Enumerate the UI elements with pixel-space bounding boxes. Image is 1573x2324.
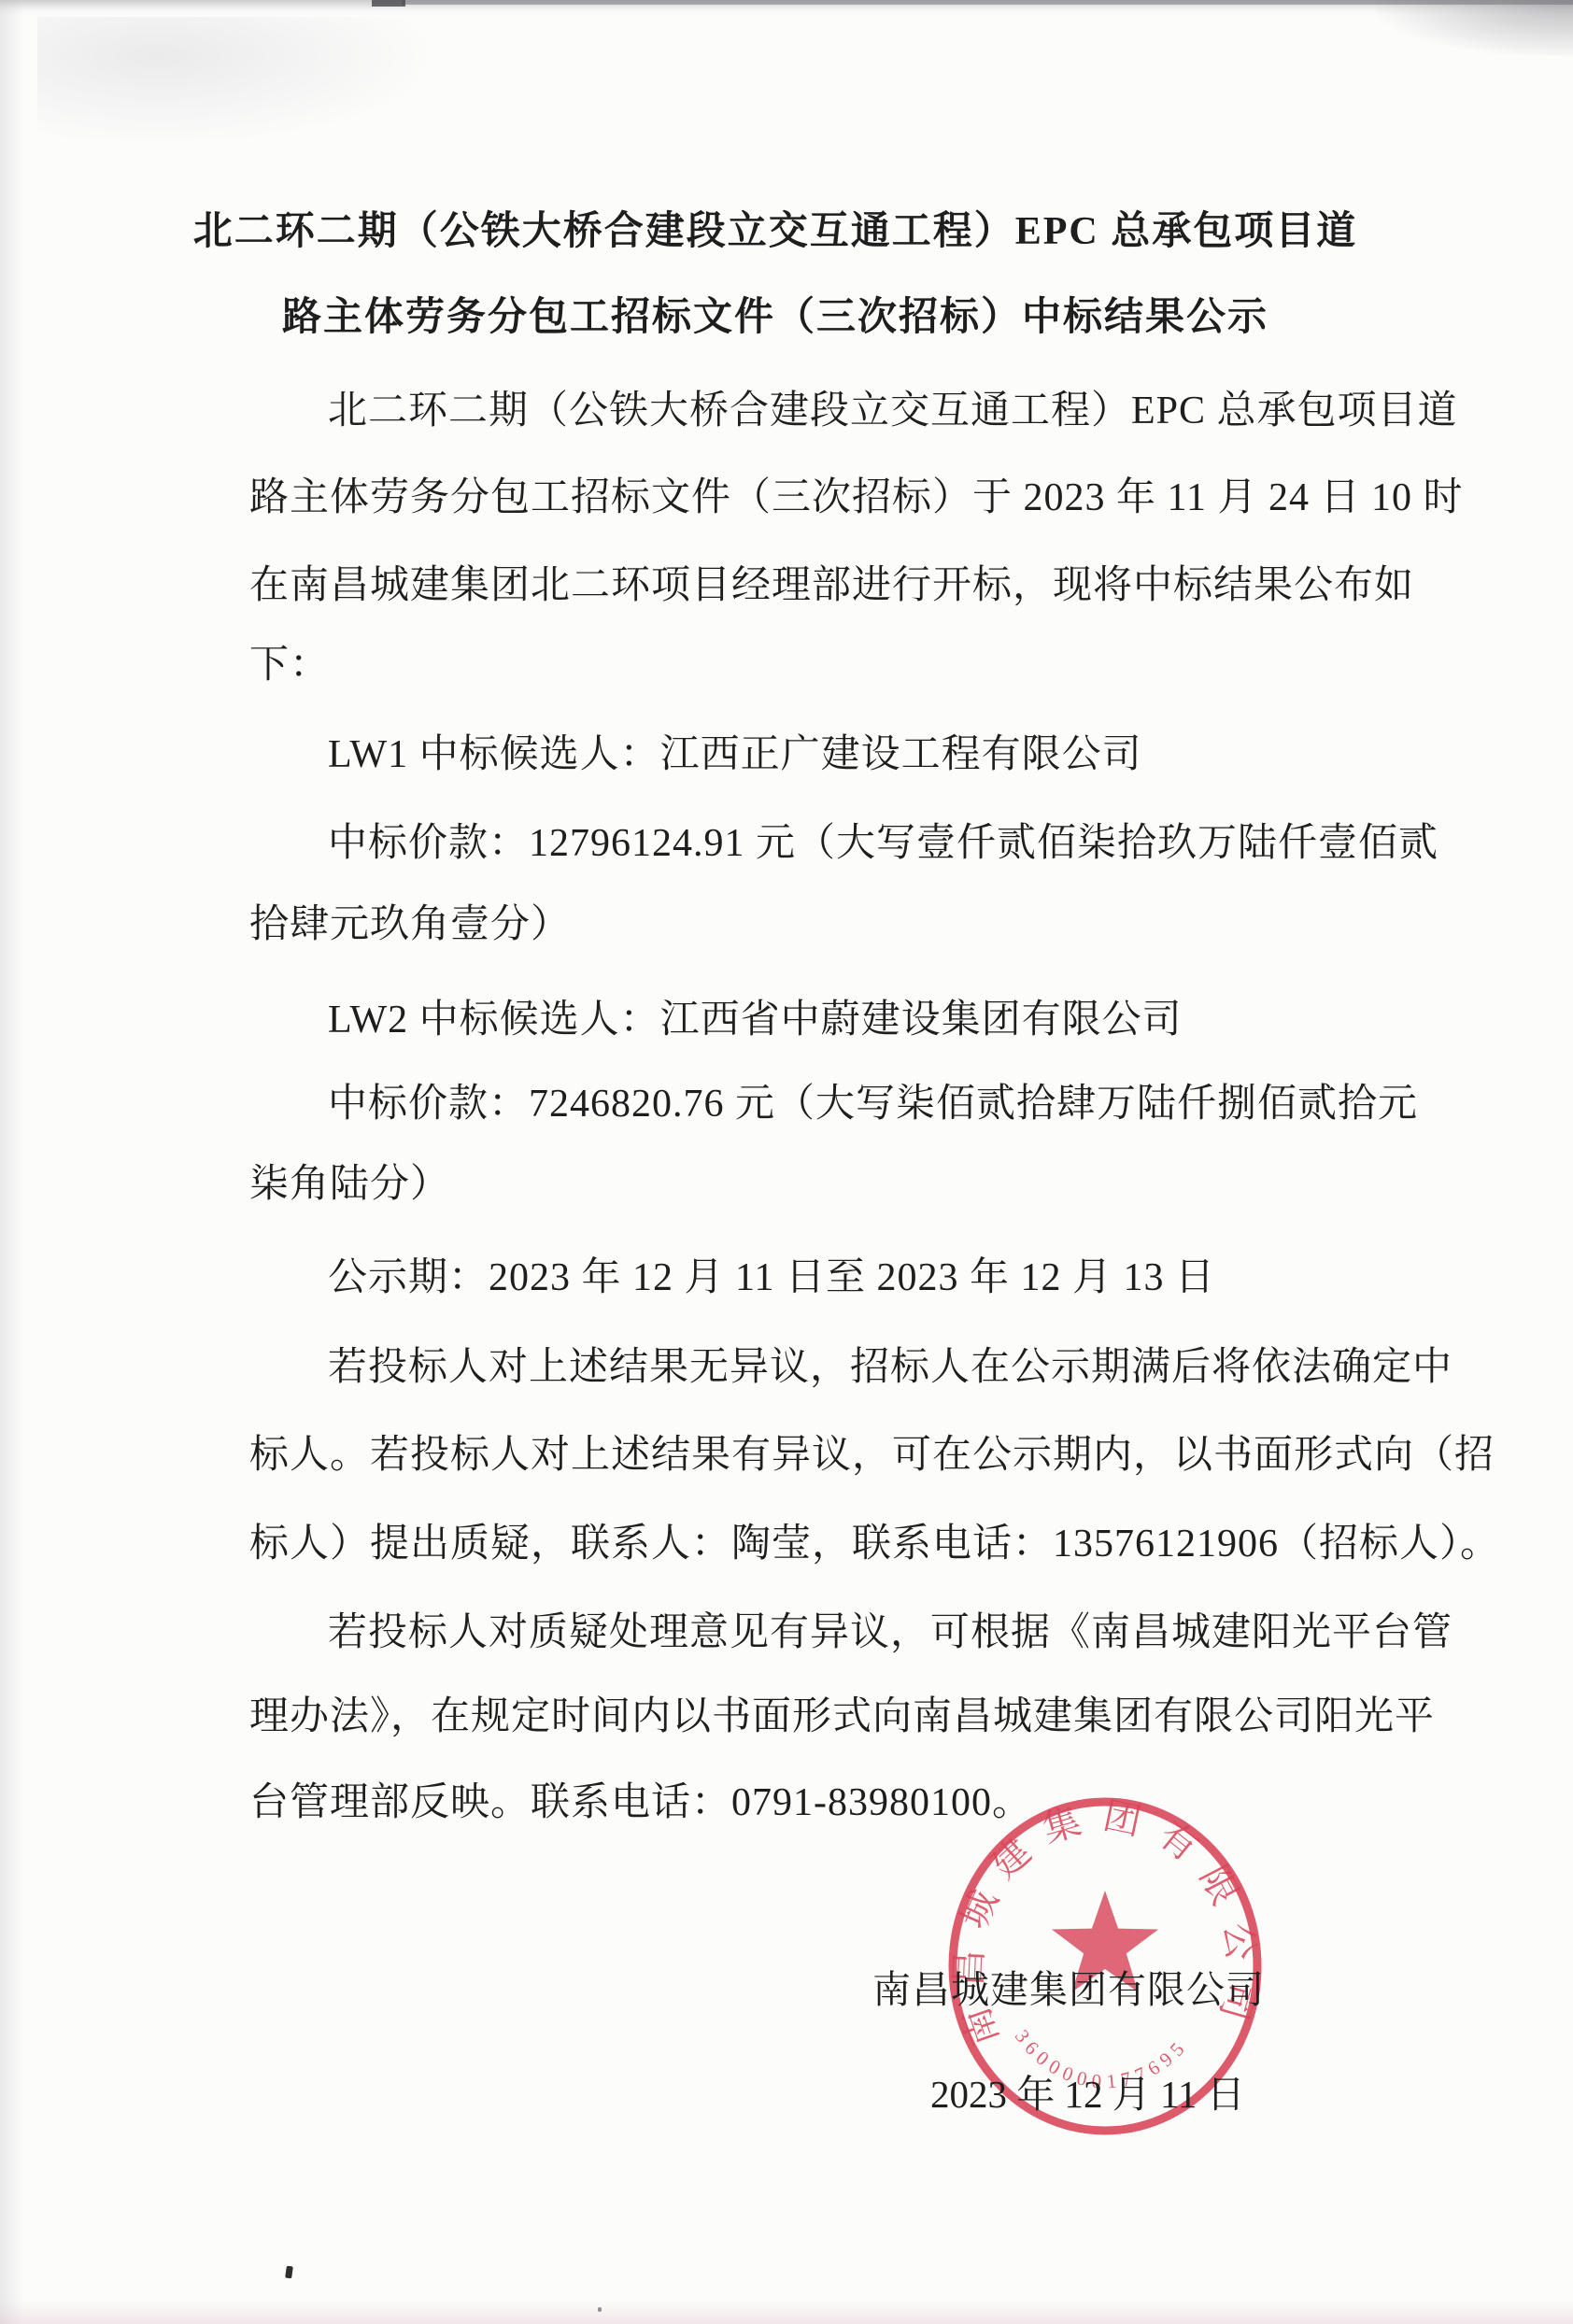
body-line: 理办法》，在规定时间内以书面形式向南昌城建集团有限公司阳光平 — [249, 1690, 1426, 1744]
document-page: 北二环二期（公铁大桥合建段立交互通工程）EPC 总承包项目道 路主体劳务分包工招… — [0, 0, 1573, 2324]
body-line: 拾肆元玖角壹分） — [249, 898, 1426, 952]
body-line-contact: 标人）提出质疑，联系人：陶莹，联系电话：13576121906（招标人）。 — [249, 1517, 1426, 1571]
scan-smudge — [37, 17, 439, 148]
signature-company: 南昌城建集团有限公司 — [872, 1963, 1265, 2016]
body-line-lw2-price: 中标价款：7246820.76 元（大写柒佰贰拾肆万陆仟捌佰贰拾元 — [249, 1077, 1505, 1131]
scan-artifact-sliver — [372, 0, 405, 7]
body-line: 下： — [249, 638, 1426, 692]
body-line-lw1-price: 中标价款：12796124.91 元（大写壹仟贰佰柒拾玖万陆仟壹佰贰 — [249, 816, 1505, 871]
body-line: 标人。若投标人对上述结果有异议，可在公示期内，以书面形式向（招 — [249, 1428, 1426, 1482]
body-line: 北二环二期（公铁大桥合建段立交互通工程）EPC 总承包项目道 — [249, 384, 1505, 438]
body-line-publicity-period: 公示期：2023 年 12 月 11 日至 2023 年 12 月 13 日 — [249, 1251, 1505, 1305]
body-line: 若投标人对质疑处理意见有异议，可根据《南昌城建阳光平台管 — [249, 1606, 1505, 1660]
body-line: 柒角陆分） — [249, 1157, 1426, 1212]
signature-date: 2023 年 12 月 11 日 — [930, 2068, 1245, 2120]
body-line: 若投标人对上述结果无异议，招标人在公示期满后将依法确定中 — [249, 1340, 1505, 1395]
scan-speck — [598, 2307, 602, 2312]
scan-speck — [285, 2266, 293, 2279]
body-line-lw2-winner: LW2 中标候选人：江西省中蔚建设集团有限公司 — [249, 993, 1505, 1047]
body-line-lw1-winner: LW1 中标候选人：江西正广建设工程有限公司 — [249, 728, 1505, 782]
document-title-line-2: 路主体劳务分包工招标文件（三次招标）中标结果公示 — [177, 290, 1373, 345]
body-line: 路主体劳务分包工招标文件（三次招标）于 2023 年 11 月 24 日 10 … — [249, 471, 1426, 525]
document-title-line-1: 北二环二期（公铁大桥合建段立交互通工程）EPC 总承包项目道 — [177, 205, 1373, 259]
scan-edge-bottom — [0, 2300, 1573, 2324]
body-line: 在南昌城建集团北二环项目经理部进行开标，现将中标结果公布如 — [249, 559, 1426, 613]
scan-corner-shadow — [1377, 0, 1573, 56]
scan-edge-left — [0, 0, 24, 2324]
